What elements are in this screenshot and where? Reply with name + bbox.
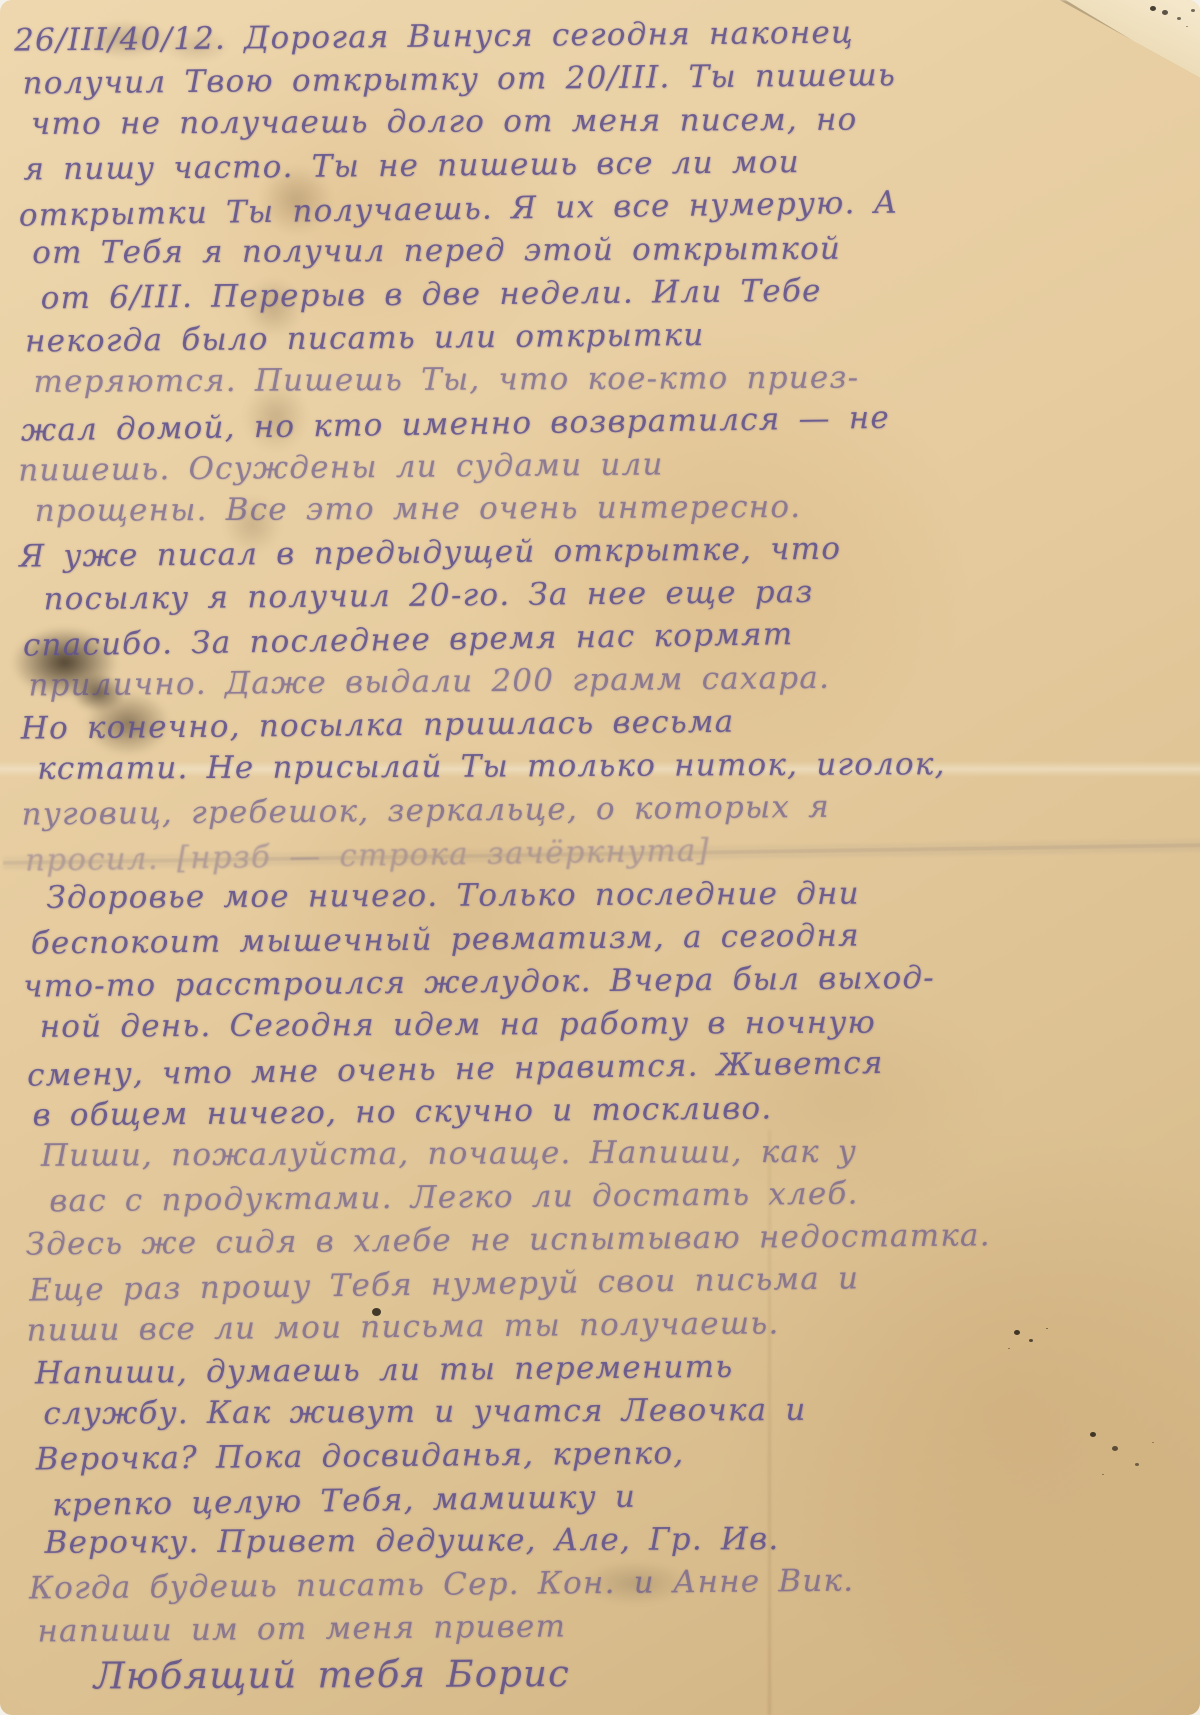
letter-line: прощены. Все это мне очень интересно. bbox=[35, 484, 1184, 533]
signature-line: Любящий тебя Борис bbox=[94, 1649, 1195, 1698]
letter-line: Здоровье мое ничего. Только последние дн… bbox=[46, 871, 1187, 920]
letter-line: службу. Как живут и учатся Левочка и bbox=[43, 1387, 1192, 1436]
scanned-postcard: 26/III/40/12. Дорогая Винуся сегодня нак… bbox=[0, 0, 1200, 1715]
letter-line: что не получаешь долго от меня писем, но bbox=[31, 97, 1180, 146]
handwritten-letter-text: 26/III/40/12. Дорогая Винуся сегодня нак… bbox=[14, 8, 1195, 1700]
letter-line: от Тебя я получил перед этой открыткой bbox=[32, 226, 1181, 275]
